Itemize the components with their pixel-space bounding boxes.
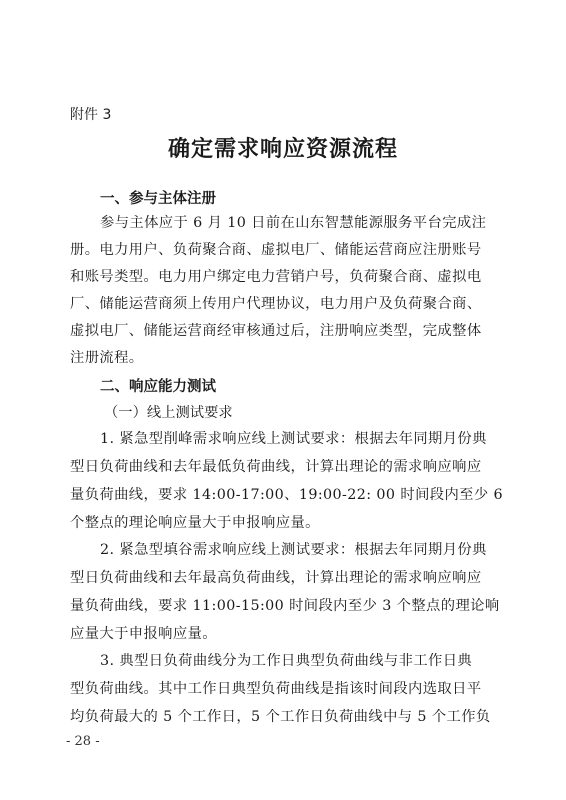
- paragraph-line: 应量大于申报响应量。: [70, 625, 500, 643]
- paragraph-line: 均负荷最大的 5 个工作日，5 个工作日负荷曲线中与 5 个工作负: [70, 708, 500, 726]
- paragraph-line: 3. 典型日负荷曲线分为工作日典型负荷曲线与非工作日典: [100, 652, 500, 670]
- document-page: 附件 3 确定需求响应资源流程 一、参与主体注册 参与主体应于 6 月 10 日…: [0, 0, 566, 800]
- paragraph-line: 厂、储能运营商须上传用户代理协议，电力用户及负荷聚合商、: [70, 295, 500, 313]
- paragraph-line: 量负荷曲线，要求 14:00-17:00、19:00-22: 00 时间段内至少…: [70, 486, 500, 504]
- paragraph-line: 册。电力用户、负荷聚合商、虚拟电厂、储能运营商应注册账号: [70, 241, 500, 259]
- paragraph-line: 2. 紧急型填谷需求响应线上测试要求：根据去年同期月份典: [100, 541, 500, 559]
- section-heading-capability-test: 二、响应能力测试: [100, 375, 216, 396]
- paragraph-line: 虚拟电厂、储能运营商经审核通过后，注册响应类型，完成整体: [70, 322, 500, 340]
- paragraph-line: 个整点的理论响应量大于申报响应量。: [70, 514, 500, 532]
- paragraph-line: 型负荷曲线。其中工作日典型负荷曲线是指该时间段内选取日平: [70, 680, 500, 698]
- section-heading-registration: 一、参与主体注册: [100, 187, 216, 208]
- paragraph-line: 型日负荷曲线和去年最低负荷曲线，计算出理论的需求响应响应: [70, 458, 500, 476]
- attachment-label: 附件 3: [70, 104, 111, 124]
- paragraph-line: 型日负荷曲线和去年最高负荷曲线，计算出理论的需求响应响应: [70, 569, 500, 587]
- paragraph-line: 1. 紧急型削峰需求响应线上测试要求：根据去年同期月份典: [100, 430, 500, 448]
- paragraph-line: 量负荷曲线，要求 11:00-15:00 时间段内至少 3 个整点的理论响: [70, 597, 500, 615]
- paragraph-line: 注册流程。: [70, 349, 500, 367]
- page-number: - 28 -: [66, 734, 100, 749]
- paragraph-line: 和账号类型。电力用户绑定电力营销户号，负荷聚合商、虚拟电: [70, 268, 500, 286]
- paragraph-line: 参与主体应于 6 月 10 日前在山东智慧能源服务平台完成注: [100, 214, 500, 232]
- page-title: 确定需求响应资源流程: [0, 132, 566, 163]
- subsection-heading-online-test: （一）线上测试要求: [104, 402, 233, 422]
